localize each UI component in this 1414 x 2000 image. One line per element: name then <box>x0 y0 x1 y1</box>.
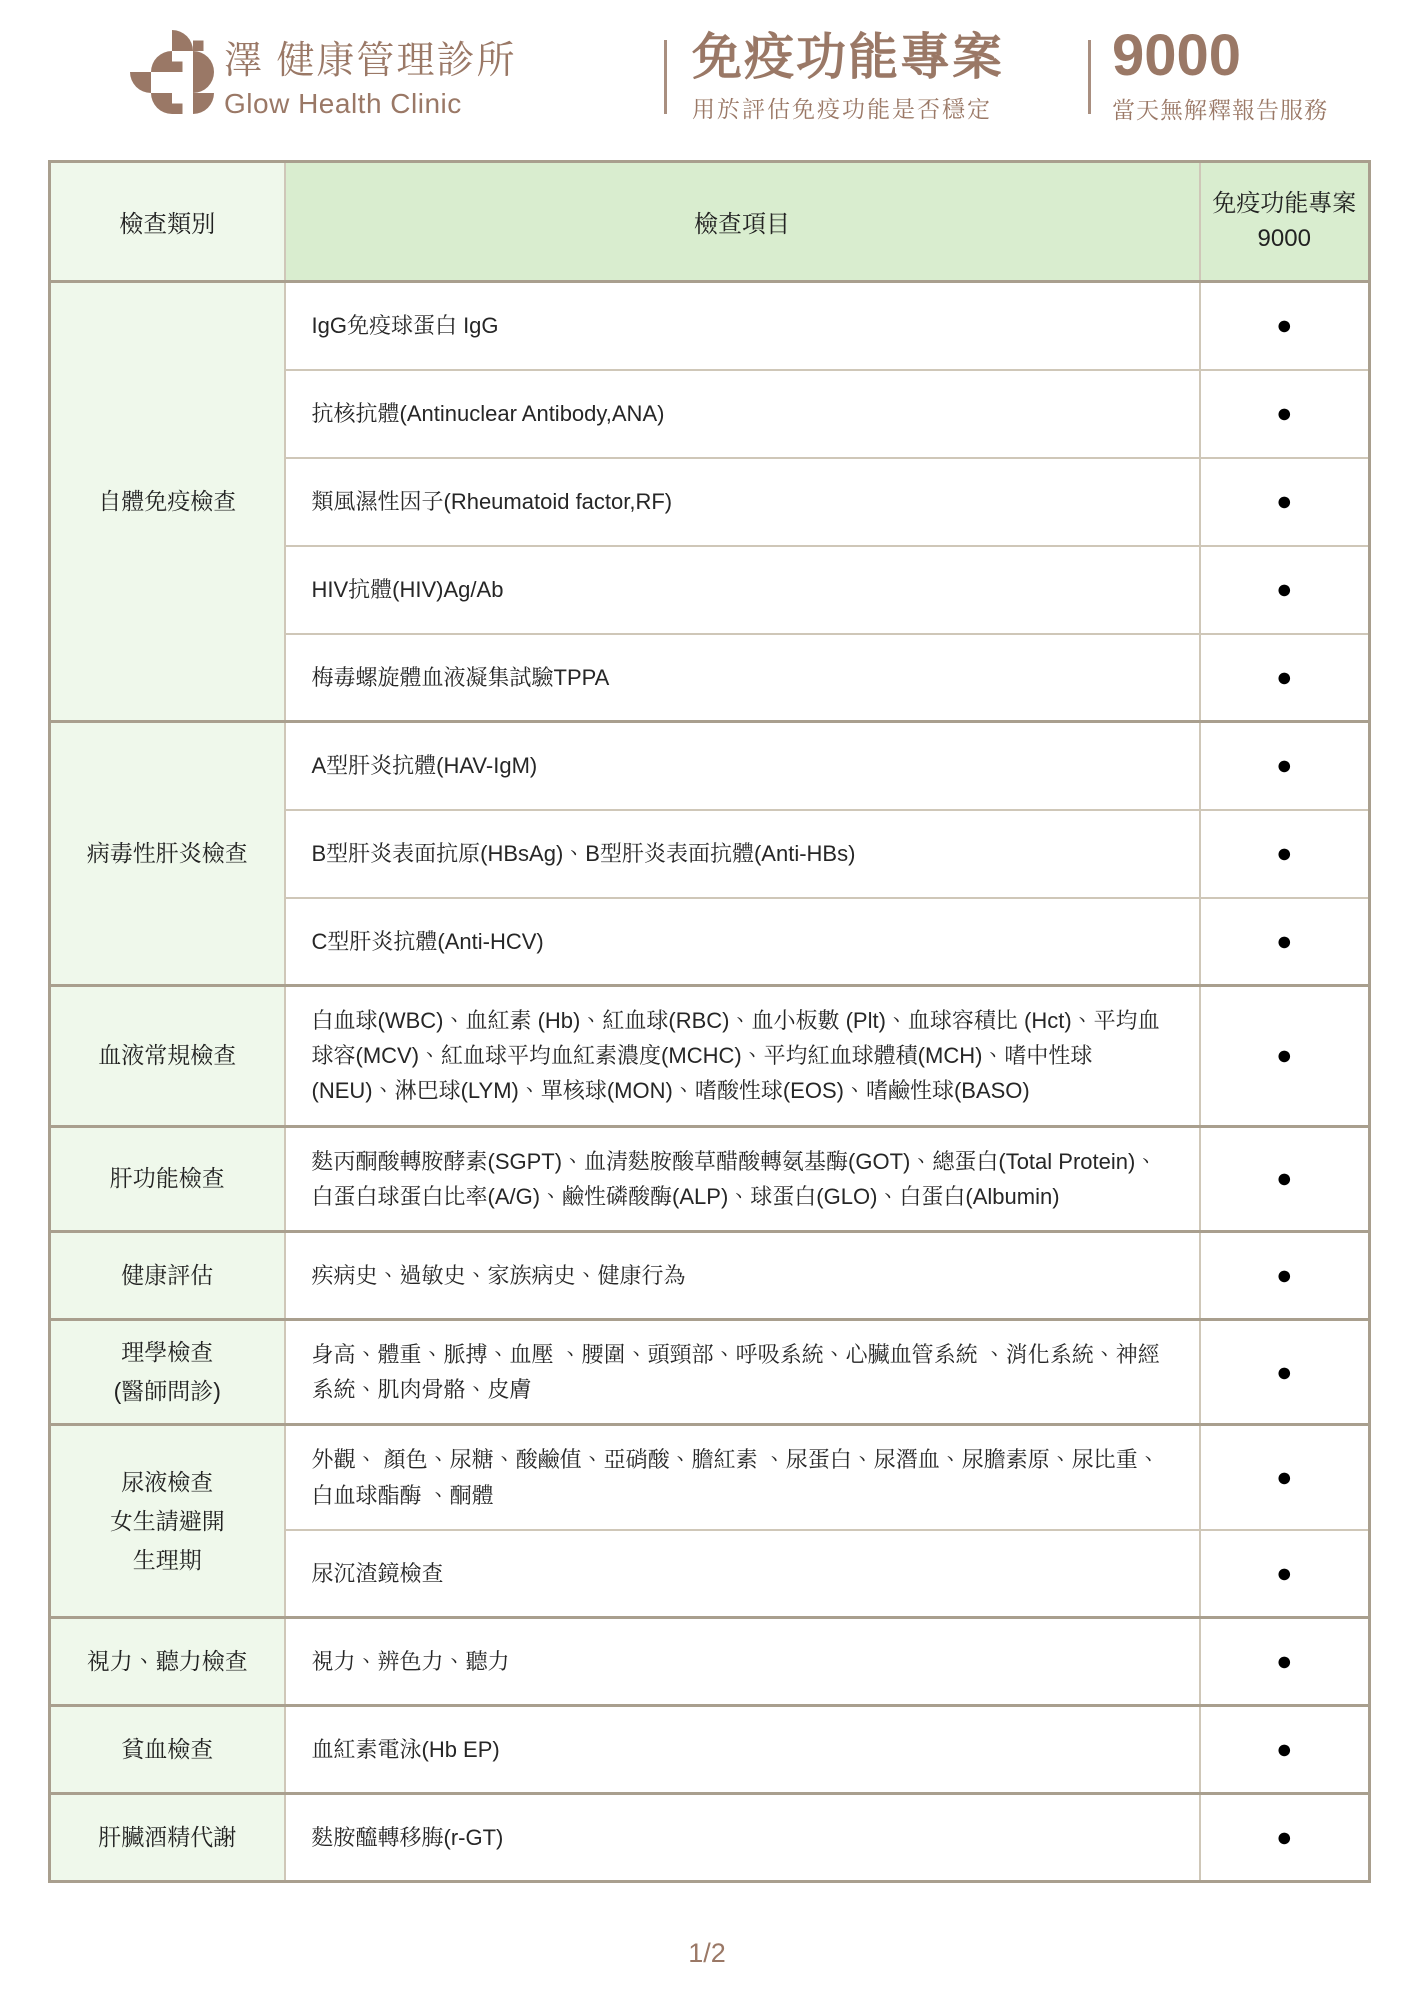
included-bullet: ● <box>1200 722 1370 810</box>
program-code: 9000 <box>1112 24 1328 88</box>
included-bullet: ● <box>1200 282 1370 370</box>
table-row: 病毒性肝炎檢查A型肝炎抗體(HAV-IgM)● <box>50 722 1370 810</box>
included-bullet: ● <box>1200 546 1370 634</box>
category-cell: 肝臟酒精代謝 <box>50 1794 285 1882</box>
item-cell: 身高、體重、脈搏、血壓 、腰圍、頭頸部、呼吸系統、心臟血管系統 、消化系統、神經… <box>285 1319 1200 1424</box>
included-bullet: ● <box>1200 1530 1370 1618</box>
table-row: 血液常規檢查白血球(WBC)、血紅素 (Hb)、紅血球(RBC)、血小板數 (P… <box>50 986 1370 1127</box>
header-divider-left <box>664 40 667 114</box>
included-bullet: ● <box>1200 1319 1370 1424</box>
included-bullet: ● <box>1200 898 1370 986</box>
program-subtitle: 用於評估免疫功能是否穩定 <box>692 91 1004 124</box>
included-bullet: ● <box>1200 1794 1370 1882</box>
clinic-name-block: 澤 健康管理診所 Glow Health Clinic <box>224 40 517 120</box>
program-title-block: 免疫功能專案 用於評估免疫功能是否穩定 <box>692 30 1004 124</box>
clinic-logo-icon <box>130 30 214 114</box>
item-cell: 疾病史、過敏史、家族病史、健康行為 <box>285 1231 1200 1319</box>
table-row: 肝臟酒精代謝麩胺醯轉移脢(r-GT)● <box>50 1794 1370 1882</box>
checkup-table-wrap: 檢查類別 檢查項目 免疫功能專案 9000 自體免疫檢查IgG免疫球蛋白 IgG… <box>48 160 1371 1883</box>
item-cell: 尿沉渣鏡檢查 <box>285 1530 1200 1618</box>
checkup-table-body: 自體免疫檢查IgG免疫球蛋白 IgG●抗核抗體(Antinuclear Anti… <box>50 282 1370 1882</box>
item-cell: 梅毒螺旋體血液凝集試驗TPPA <box>285 634 1200 722</box>
included-bullet: ● <box>1200 1231 1370 1319</box>
program-code-block: 9000 當天無解釋報告服務 <box>1112 24 1328 125</box>
table-row: 視力、聽力檢查視力、辨色力、聽力● <box>50 1618 1370 1706</box>
included-bullet: ● <box>1200 1126 1370 1231</box>
clinic-name-en: Glow Health Clinic <box>224 88 517 120</box>
item-cell: 外觀、 顏色、尿糖、酸鹼值、亞硝酸、膽紅素 、尿蛋白、尿潛血、尿膽素原、尿比重、… <box>285 1425 1200 1530</box>
program-title: 免疫功能專案 <box>692 30 1004 85</box>
item-cell: A型肝炎抗體(HAV-IgM) <box>285 722 1200 810</box>
included-bullet: ● <box>1200 458 1370 546</box>
category-cell: 血液常規檢查 <box>50 986 285 1127</box>
table-row: 貧血檢查血紅素電泳(Hb EP)● <box>50 1706 1370 1794</box>
item-cell: 麩丙酮酸轉胺酵素(SGPT)、血清麩胺酸草醋酸轉氨基酶(GOT)、總蛋白(Tot… <box>285 1126 1200 1231</box>
category-cell: 尿液檢查 女生請避開 生理期 <box>50 1425 285 1618</box>
included-bullet: ● <box>1200 634 1370 722</box>
category-cell: 病毒性肝炎檢查 <box>50 722 285 986</box>
item-cell: 視力、辨色力、聽力 <box>285 1618 1200 1706</box>
item-cell: 麩胺醯轉移脢(r-GT) <box>285 1794 1200 1882</box>
item-cell: IgG免疫球蛋白 IgG <box>285 282 1200 370</box>
program-note: 當天無解釋報告服務 <box>1112 92 1328 125</box>
checkup-table: 檢查類別 檢查項目 免疫功能專案 9000 自體免疫檢查IgG免疫球蛋白 IgG… <box>48 160 1371 1883</box>
category-cell: 肝功能檢查 <box>50 1126 285 1231</box>
category-cell: 健康評估 <box>50 1231 285 1319</box>
table-header-row: 檢查類別 檢查項目 免疫功能專案 9000 <box>50 162 1370 282</box>
item-cell: B型肝炎表面抗原(HBsAg)、B型肝炎表面抗體(Anti-HBs) <box>285 810 1200 898</box>
included-bullet: ● <box>1200 986 1370 1127</box>
category-cell: 視力、聽力檢查 <box>50 1618 285 1706</box>
category-cell: 理學檢查 (醫師問診) <box>50 1319 285 1424</box>
header-divider-right <box>1088 40 1091 114</box>
category-cell: 貧血檢查 <box>50 1706 285 1794</box>
included-bullet: ● <box>1200 810 1370 898</box>
item-cell: 血紅素電泳(Hb EP) <box>285 1706 1200 1794</box>
included-bullet: ● <box>1200 370 1370 458</box>
page-header: 澤 健康管理診所 Glow Health Clinic 免疫功能專案 用於評估免… <box>0 0 1414 160</box>
table-row: 自體免疫檢查IgG免疫球蛋白 IgG● <box>50 282 1370 370</box>
page-indicator: 1/2 <box>0 1938 1414 1969</box>
included-bullet: ● <box>1200 1618 1370 1706</box>
clinic-name-zh: 澤 健康管理診所 <box>224 40 517 84</box>
column-header-item: 檢查項目 <box>285 162 1200 282</box>
item-cell: HIV抗體(HIV)Ag/Ab <box>285 546 1200 634</box>
included-bullet: ● <box>1200 1425 1370 1530</box>
table-row: 尿液檢查 女生請避開 生理期外觀、 顏色、尿糖、酸鹼值、亞硝酸、膽紅素 、尿蛋白… <box>50 1425 1370 1530</box>
item-cell: 抗核抗體(Antinuclear Antibody,ANA) <box>285 370 1200 458</box>
item-cell: 類風濕性因子(Rheumatoid factor,RF) <box>285 458 1200 546</box>
included-bullet: ● <box>1200 1706 1370 1794</box>
table-row: 理學檢查 (醫師問診)身高、體重、脈搏、血壓 、腰圍、頭頸部、呼吸系統、心臟血管… <box>50 1319 1370 1424</box>
column-header-category: 檢查類別 <box>50 162 285 282</box>
column-header-plan: 免疫功能專案 9000 <box>1200 162 1370 282</box>
table-row: 健康評估疾病史、過敏史、家族病史、健康行為● <box>50 1231 1370 1319</box>
table-row: 肝功能檢查麩丙酮酸轉胺酵素(SGPT)、血清麩胺酸草醋酸轉氨基酶(GOT)、總蛋… <box>50 1126 1370 1231</box>
item-cell: 白血球(WBC)、血紅素 (Hb)、紅血球(RBC)、血小板數 (Plt)、血球… <box>285 986 1200 1127</box>
item-cell: C型肝炎抗體(Anti-HCV) <box>285 898 1200 986</box>
category-cell: 自體免疫檢查 <box>50 282 285 722</box>
